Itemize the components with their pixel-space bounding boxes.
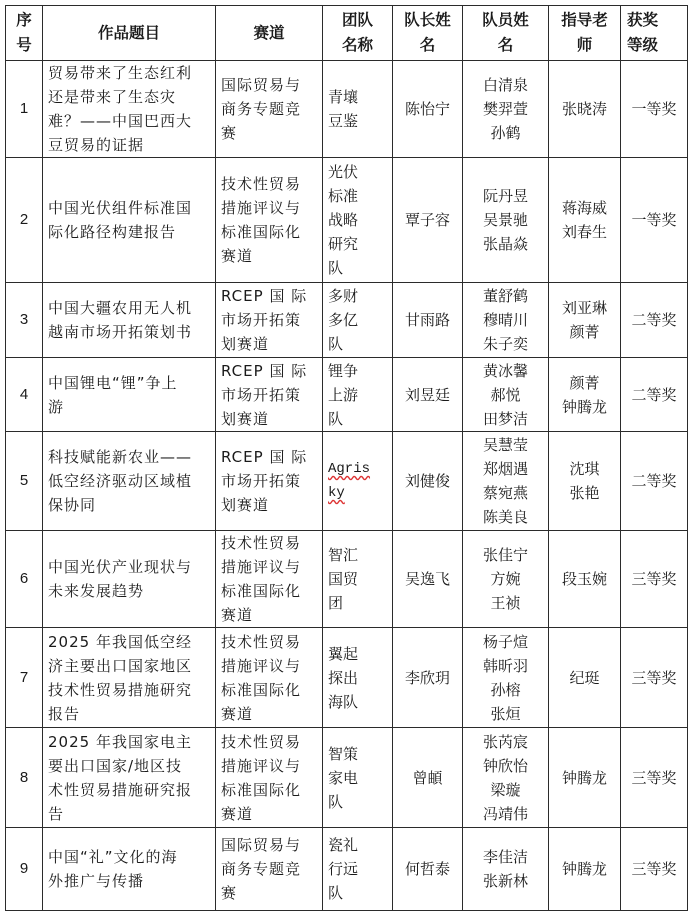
cell-track-line: 商务专题竞 — [221, 97, 317, 121]
cell-no: 5 — [6, 432, 43, 531]
cell-no: 4 — [6, 358, 43, 432]
cell-title-line: 际化路径构建报告 — [48, 220, 210, 244]
table-row: 4中国锂电“锂”争上游RCEP 国 际市场开拓策划赛道锂争上游队刘昱廷黄冰馨郝悦… — [6, 358, 688, 432]
cell-leader: 覃子容 — [393, 158, 463, 283]
header-advisor-line: 指导老 — [554, 8, 615, 33]
cell-track-line: 赛道 — [221, 802, 317, 826]
cell-members-line: 吴慧莹 — [468, 433, 543, 457]
header-members-line: 名 — [468, 33, 543, 58]
table-row: 72025 年我国低空经济主要出口国家地区技术性贸易措施研究报告技术性贸易措施评… — [6, 628, 688, 728]
cell-no: 1 — [6, 61, 43, 158]
cell-award: 一等奖 — [621, 61, 688, 158]
cell-team: 翼起探出海队 — [323, 628, 393, 728]
cell-members-line: 穆晴川 — [468, 308, 543, 332]
cell-track: RCEP 国 际市场开拓策划赛道 — [216, 358, 323, 432]
cell-title-line: 贸易带来了生态红利 — [48, 61, 210, 85]
cell-track-line: 标准国际化 — [221, 579, 317, 603]
cell-members-line: 孙鹤 — [468, 121, 543, 145]
cell-track-line: 赛道 — [221, 702, 317, 726]
header-team-line: 名称 — [328, 33, 387, 58]
cell-no: 2 — [6, 158, 43, 283]
cell-track-line: 赛 — [221, 121, 317, 145]
cell-title-line: 越南市场开拓策划书 — [48, 320, 210, 344]
header-advisor-line: 师 — [554, 33, 615, 58]
cell-title-line: 报告 — [48, 702, 210, 726]
table-body: 1贸易带来了生态红利还是带来了生态灾难？——中国巴西大豆贸易的证据国际贸易与商务… — [6, 61, 688, 911]
header-award: 获奖 等级 — [621, 6, 688, 61]
cell-team-line: 多财 — [328, 284, 387, 308]
cell-team-line: 队 — [328, 407, 387, 431]
table-row: 9中国“礼”文化的海外推广与传播国际贸易与商务专题竞赛瓷礼行远队何哲泰李佳洁张新… — [6, 828, 688, 911]
cell-advisor: 张晓涛 — [549, 61, 621, 158]
cell-track-line: 赛道 — [221, 603, 317, 627]
cell-track-line: 技术性贸易 — [221, 531, 317, 555]
cell-track-line: RCEP 国 际 — [221, 284, 317, 308]
cell-members: 李佳洁张新林 — [463, 828, 549, 911]
cell-title: 中国“礼”文化的海外推广与传播 — [43, 828, 216, 911]
cell-team-line: 海队 — [328, 690, 387, 714]
cell-team-line: 上游 — [328, 383, 387, 407]
cell-track-line: 标准国际化 — [221, 220, 317, 244]
cell-team-line: 战略 — [328, 208, 387, 232]
cell-members-line: 阮丹昱 — [468, 184, 543, 208]
cell-members-line: 张晶焱 — [468, 232, 543, 256]
cell-members-line: 董舒鹤 — [468, 284, 543, 308]
table-row: 2中国光伏组件标准国际化路径构建报告技术性贸易措施评议与标准国际化赛道光伏标准战… — [6, 158, 688, 283]
cell-advisor-line: 颜菁 — [554, 371, 615, 395]
cell-team-line: 队 — [328, 256, 387, 280]
cell-team: 多财多亿队 — [323, 283, 393, 358]
header-members-line: 队员姓 — [468, 8, 543, 33]
cell-no: 8 — [6, 728, 43, 828]
cell-track-line: 划赛道 — [221, 332, 317, 356]
cell-members-line: 张佳宁 — [468, 543, 543, 567]
cell-members: 董舒鹤穆晴川朱子奕 — [463, 283, 549, 358]
cell-track-line: 国际贸易与 — [221, 73, 317, 97]
cell-advisor-line: 刘春生 — [554, 220, 615, 244]
cell-members-line: 张芮宸 — [468, 730, 543, 754]
cell-advisor: 纪珽 — [549, 628, 621, 728]
cell-team: 青壤豆鉴 — [323, 61, 393, 158]
cell-title: 中国锂电“锂”争上游 — [43, 358, 216, 432]
cell-team: 光伏标准战略研究队 — [323, 158, 393, 283]
cell-advisor-line: 钟腾龙 — [554, 766, 615, 790]
cell-title: 中国大疆农用无人机越南市场开拓策划书 — [43, 283, 216, 358]
cell-members: 杨子煊韩昕羽孙榕张烜 — [463, 628, 549, 728]
header-no-line: 序 — [11, 8, 37, 33]
cell-title-line: 豆贸易的证据 — [48, 133, 210, 157]
cell-advisor-line: 颜菁 — [554, 320, 615, 344]
cell-award: 二等奖 — [621, 358, 688, 432]
cell-track-line: 市场开拓策 — [221, 469, 317, 493]
cell-track-line: 市场开拓策 — [221, 308, 317, 332]
cell-no: 7 — [6, 628, 43, 728]
cell-team-line: Agris — [328, 457, 387, 481]
cell-title-line: 中国“礼”文化的海 — [48, 845, 210, 869]
cell-title: 中国光伏产业现状与未来发展趋势 — [43, 531, 216, 628]
cell-track: 技术性贸易措施评议与标准国际化赛道 — [216, 158, 323, 283]
cell-leader: 吴逸飞 — [393, 531, 463, 628]
cell-members-line: 杨子煊 — [468, 630, 543, 654]
header-title: 作品题目 — [43, 6, 216, 61]
cell-title-line: 未来发展趋势 — [48, 579, 210, 603]
cell-track-line: 商务专题竞 — [221, 857, 317, 881]
cell-award: 三等奖 — [621, 628, 688, 728]
cell-track-line: 标准国际化 — [221, 678, 317, 702]
cell-track-line: 国际贸易与 — [221, 833, 317, 857]
cell-members-line: 李佳洁 — [468, 845, 543, 869]
cell-no: 3 — [6, 283, 43, 358]
cell-title-line: 要出口国家/地区技 — [48, 754, 210, 778]
cell-track: 技术性贸易措施评议与标准国际化赛道 — [216, 531, 323, 628]
cell-title-line: 2025 年我国家电主 — [48, 730, 210, 754]
cell-advisor-line: 张晓涛 — [554, 97, 615, 121]
cell-team-line: 标准 — [328, 184, 387, 208]
header-track: 赛道 — [216, 6, 323, 61]
cell-members-line: 张新林 — [468, 869, 543, 893]
cell-team-line: 青壤 — [328, 85, 387, 109]
cell-advisor: 颜菁钟腾龙 — [549, 358, 621, 432]
cell-leader: 李欣玥 — [393, 628, 463, 728]
cell-team-line: ky — [328, 481, 387, 505]
cell-track-line: 赛道 — [221, 244, 317, 268]
cell-members-line: 张烜 — [468, 702, 543, 726]
cell-members-line: 孙榕 — [468, 678, 543, 702]
cell-track: RCEP 国 际市场开拓策划赛道 — [216, 283, 323, 358]
cell-track-line: 技术性贸易 — [221, 630, 317, 654]
cell-advisor-line: 段玉婉 — [554, 567, 615, 591]
cell-team-line: 瓷礼 — [328, 833, 387, 857]
cell-team-line: 智策 — [328, 742, 387, 766]
cell-track-line: 措施评议与 — [221, 754, 317, 778]
cell-members-line: 郑烟遇 — [468, 457, 543, 481]
cell-title-line: 技术性贸易措施研究 — [48, 678, 210, 702]
cell-team-line: 多亿 — [328, 308, 387, 332]
header-leader-line: 队长姓 — [398, 8, 457, 33]
awards-table: 序 号 作品题目 赛道 团队 名称 队长姓 名 队员姓 名 指导老 师 获奖 — [5, 5, 688, 911]
cell-title-line: 中国光伏组件标准国 — [48, 196, 210, 220]
cell-advisor: 沈琪张艳 — [549, 432, 621, 531]
cell-members-line: 吴景驰 — [468, 208, 543, 232]
cell-award: 三等奖 — [621, 728, 688, 828]
cell-track-line: RCEP 国 际 — [221, 359, 317, 383]
cell-leader: 曾頔 — [393, 728, 463, 828]
cell-advisor: 段玉婉 — [549, 531, 621, 628]
cell-leader: 陈怡宁 — [393, 61, 463, 158]
header-advisor: 指导老 师 — [549, 6, 621, 61]
cell-members-line: 陈美良 — [468, 505, 543, 529]
cell-advisor-line: 纪珽 — [554, 666, 615, 690]
header-row: 序 号 作品题目 赛道 团队 名称 队长姓 名 队员姓 名 指导老 师 获奖 — [6, 6, 688, 61]
header-leader-line: 名 — [398, 33, 457, 58]
cell-team-line: 光伏 — [328, 160, 387, 184]
cell-team-line: 队 — [328, 790, 387, 814]
cell-members-line: 黄冰馨 — [468, 359, 543, 383]
table-row: 5科技赋能新农业——低空经济驱动区域植保协同RCEP 国 际市场开拓策划赛道Ag… — [6, 432, 688, 531]
cell-title-line: 保协同 — [48, 493, 210, 517]
cell-members-line: 郝悦 — [468, 383, 543, 407]
cell-advisor: 钟腾龙 — [549, 828, 621, 911]
cell-members-line: 钟欣怡 — [468, 754, 543, 778]
cell-track-line: 市场开拓策 — [221, 383, 317, 407]
cell-title-line: 外推广与传播 — [48, 869, 210, 893]
cell-team: 锂争上游队 — [323, 358, 393, 432]
cell-award: 三等奖 — [621, 531, 688, 628]
cell-track: 国际贸易与商务专题竞赛 — [216, 828, 323, 911]
cell-title: 中国光伏组件标准国际化路径构建报告 — [43, 158, 216, 283]
cell-leader: 甘雨路 — [393, 283, 463, 358]
cell-title: 科技赋能新农业——低空经济驱动区域植保协同 — [43, 432, 216, 531]
cell-advisor-line: 刘亚琳 — [554, 296, 615, 320]
cell-advisor: 钟腾龙 — [549, 728, 621, 828]
cell-track-line: 技术性贸易 — [221, 172, 317, 196]
cell-team-line: 行远 — [328, 857, 387, 881]
cell-track-line: 划赛道 — [221, 493, 317, 517]
header-no: 序 号 — [6, 6, 43, 61]
cell-advisor-line: 蒋海威 — [554, 196, 615, 220]
header-award-line: 等级 — [627, 33, 682, 58]
cell-title: 2025 年我国家电主要出口国家/地区技术性贸易措施研究报告 — [43, 728, 216, 828]
cell-team: Agrisky — [323, 432, 393, 531]
cell-title-line: 低空经济驱动区域植 — [48, 469, 210, 493]
cell-members: 黄冰馨郝悦田梦洁 — [463, 358, 549, 432]
cell-title-line: 中国锂电“锂”争上 — [48, 371, 210, 395]
cell-team-line: 团 — [328, 591, 387, 615]
cell-track-line: 标准国际化 — [221, 778, 317, 802]
cell-track-line: 技术性贸易 — [221, 730, 317, 754]
cell-team-line: 锂争 — [328, 359, 387, 383]
cell-no: 6 — [6, 531, 43, 628]
cell-team-line: 豆鉴 — [328, 109, 387, 133]
cell-track: 国际贸易与商务专题竞赛 — [216, 61, 323, 158]
cell-award: 一等奖 — [621, 158, 688, 283]
cell-team-line: 研究 — [328, 232, 387, 256]
cell-team-line: 探出 — [328, 666, 387, 690]
cell-team-line: 家电 — [328, 766, 387, 790]
cell-team-line: 队 — [328, 332, 387, 356]
cell-team: 瓷礼行远队 — [323, 828, 393, 911]
cell-members: 吴慧莹郑烟遇蔡宛燕陈美良 — [463, 432, 549, 531]
cell-advisor: 刘亚琳颜菁 — [549, 283, 621, 358]
cell-members-line: 白清泉 — [468, 73, 543, 97]
cell-title-line: 中国光伏产业现状与 — [48, 555, 210, 579]
cell-members-line: 田梦洁 — [468, 407, 543, 431]
cell-team-line: 智汇 — [328, 543, 387, 567]
cell-members-line: 冯靖伟 — [468, 802, 543, 826]
cell-no: 9 — [6, 828, 43, 911]
cell-track-line: 划赛道 — [221, 407, 317, 431]
cell-award: 三等奖 — [621, 828, 688, 911]
cell-members: 张佳宁方婉王祯 — [463, 531, 549, 628]
cell-title-line: 术性贸易措施研究报 — [48, 778, 210, 802]
header-award-line: 获奖 — [627, 8, 682, 33]
cell-members: 白清泉樊羿萱孙鹤 — [463, 61, 549, 158]
cell-title-line: 济主要出口国家地区 — [48, 654, 210, 678]
cell-members-line: 韩昕羽 — [468, 654, 543, 678]
cell-track-line: 赛 — [221, 881, 317, 905]
table-row: 3中国大疆农用无人机越南市场开拓策划书RCEP 国 际市场开拓策划赛道多财多亿队… — [6, 283, 688, 358]
header-no-line: 号 — [11, 33, 37, 58]
cell-track-line: 措施评议与 — [221, 654, 317, 678]
cell-members-line: 朱子奕 — [468, 332, 543, 356]
cell-award: 二等奖 — [621, 432, 688, 531]
cell-team-line: 翼起 — [328, 642, 387, 666]
cell-team: 智策家电队 — [323, 728, 393, 828]
cell-team: 智汇国贸团 — [323, 531, 393, 628]
cell-leader: 何哲泰 — [393, 828, 463, 911]
cell-title-line: 还是带来了生态灾 — [48, 85, 210, 109]
cell-leader: 刘健俊 — [393, 432, 463, 531]
table-row: 1贸易带来了生态红利还是带来了生态灾难？——中国巴西大豆贸易的证据国际贸易与商务… — [6, 61, 688, 158]
table-row: 6中国光伏产业现状与未来发展趋势技术性贸易措施评议与标准国际化赛道智汇国贸团吴逸… — [6, 531, 688, 628]
cell-award: 二等奖 — [621, 283, 688, 358]
cell-members: 阮丹昱吴景驰张晶焱 — [463, 158, 549, 283]
cell-members-line: 方婉 — [468, 567, 543, 591]
cell-advisor-line: 沈琪 — [554, 457, 615, 481]
cell-advisor-line: 张艳 — [554, 481, 615, 505]
cell-title-line: 难？——中国巴西大 — [48, 109, 210, 133]
cell-title-line: 游 — [48, 395, 210, 419]
cell-title-line: 告 — [48, 802, 210, 826]
table-row: 82025 年我国家电主要出口国家/地区技术性贸易措施研究报告技术性贸易措施评议… — [6, 728, 688, 828]
cell-track-line: RCEP 国 际 — [221, 445, 317, 469]
cell-title: 2025 年我国低空经济主要出口国家地区技术性贸易措施研究报告 — [43, 628, 216, 728]
cell-title-line: 中国大疆农用无人机 — [48, 296, 210, 320]
header-members: 队员姓 名 — [463, 6, 549, 61]
cell-title: 贸易带来了生态红利还是带来了生态灾难？——中国巴西大豆贸易的证据 — [43, 61, 216, 158]
cell-advisor-line: 钟腾龙 — [554, 395, 615, 419]
cell-track-line: 措施评议与 — [221, 555, 317, 579]
cell-members-line: 梁璇 — [468, 778, 543, 802]
cell-advisor-line: 钟腾龙 — [554, 857, 615, 881]
cell-track: RCEP 国 际市场开拓策划赛道 — [216, 432, 323, 531]
cell-members-line: 樊羿萱 — [468, 97, 543, 121]
cell-title-line: 2025 年我国低空经 — [48, 630, 210, 654]
cell-track: 技术性贸易措施评议与标准国际化赛道 — [216, 628, 323, 728]
cell-team-line: 队 — [328, 881, 387, 905]
cell-track: 技术性贸易措施评议与标准国际化赛道 — [216, 728, 323, 828]
header-team-line: 团队 — [328, 8, 387, 33]
header-leader: 队长姓 名 — [393, 6, 463, 61]
cell-team-line: 国贸 — [328, 567, 387, 591]
cell-members: 张芮宸钟欣怡梁璇冯靖伟 — [463, 728, 549, 828]
header-team: 团队 名称 — [323, 6, 393, 61]
cell-leader: 刘昱廷 — [393, 358, 463, 432]
cell-advisor: 蒋海威刘春生 — [549, 158, 621, 283]
cell-title-line: 科技赋能新农业—— — [48, 445, 210, 469]
cell-members-line: 王祯 — [468, 591, 543, 615]
cell-members-line: 蔡宛燕 — [468, 481, 543, 505]
cell-track-line: 措施评议与 — [221, 196, 317, 220]
